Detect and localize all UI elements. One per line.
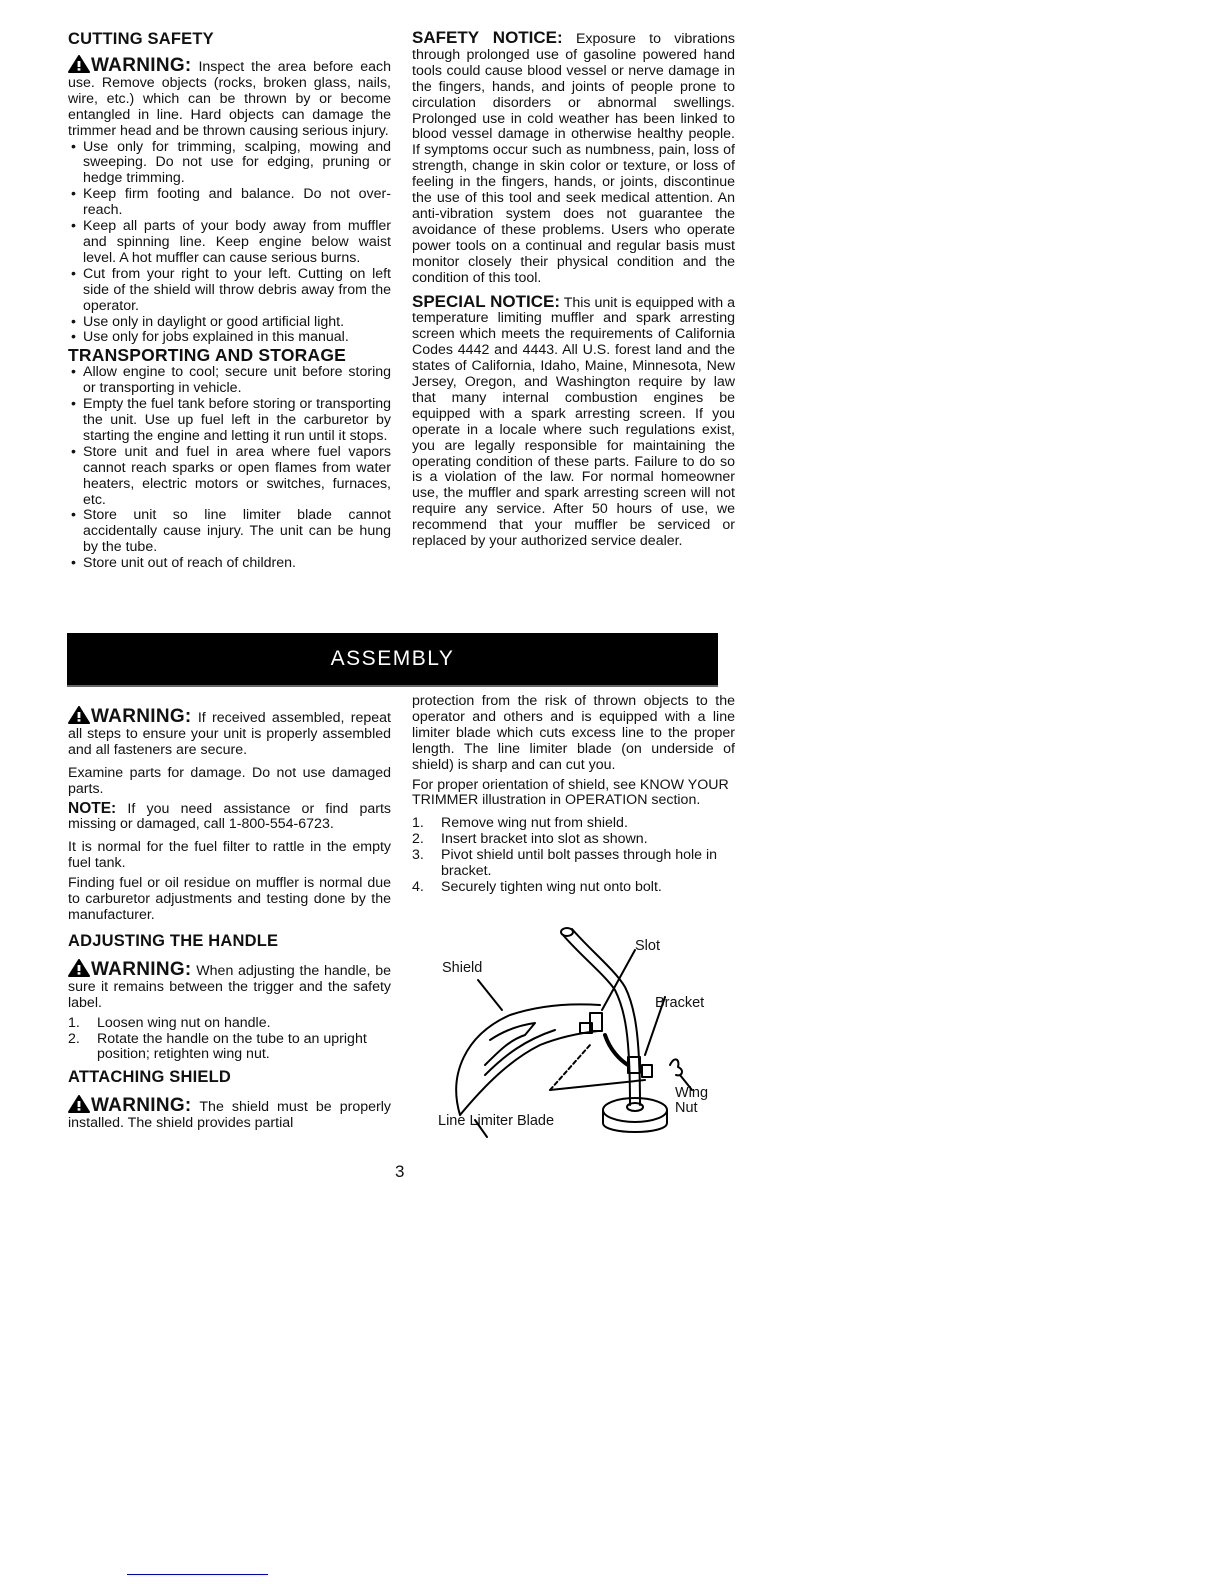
wing-label: Wing <box>675 1085 708 1101</box>
shield-assembly-illustration: Shield Slot Bracket Wing Nut Line Limite… <box>430 925 740 1155</box>
attaching-shield-heading: ATTACHING SHIELD <box>68 1068 391 1087</box>
cutting-safety-heading: CUTTING SAFETY <box>68 30 391 49</box>
list-item: 1.Remove wing nut from shield. <box>412 816 735 832</box>
line-limiter-blade-label: Line Limiter Blade <box>438 1113 554 1129</box>
warning-label: WARNING: <box>91 706 192 727</box>
step-number: 1. <box>412 816 424 832</box>
warning-triangle-icon <box>68 706 90 724</box>
list-item: 2.Insert bracket into slot as shown. <box>412 832 735 848</box>
list-item: Allow engine to cool; secure unit before… <box>68 365 391 397</box>
page-number: 3 <box>395 1162 404 1182</box>
warning-triangle-icon <box>68 55 90 73</box>
handle-steps: 1.Loosen wing nut on handle. 2.Rotate th… <box>68 1016 391 1064</box>
transport-storage-list: Allow engine to cool; secure unit before… <box>68 365 391 572</box>
bracket-label: Bracket <box>655 995 704 1011</box>
list-item: 3.Pivot shield until bolt passes through… <box>412 848 735 880</box>
list-item: Empty the fuel tank before storing or tr… <box>68 397 391 445</box>
note-text: If you need assistance or find parts mis… <box>68 801 391 833</box>
note-label: NOTE: <box>68 800 116 817</box>
warning-triangle-icon <box>68 959 90 977</box>
list-item: Use only for trimming, scalping, mowing … <box>68 140 391 188</box>
step-number: 4. <box>412 880 424 896</box>
transport-storage-heading: TRANSPORTING AND STORAGE <box>68 346 391 365</box>
special-notice: SPECIAL NOTICE: This unit is equipped wi… <box>412 294 735 551</box>
step-number: 2. <box>68 1032 80 1048</box>
link-underline[interactable] <box>127 1574 268 1575</box>
cutting-safety-column: CUTTING SAFETY WARNING: Inspect the area… <box>68 30 391 572</box>
step-text: Securely tighten wing nut onto bolt. <box>441 879 662 895</box>
safety-notice-text: Exposure to vibrations through prolonged… <box>412 31 735 286</box>
step-number: 2. <box>412 832 424 848</box>
warning-label: WARNING: <box>91 1095 192 1116</box>
note-paragraph: NOTE: If you need assistance or find par… <box>68 801 391 834</box>
handle-warning: WARNING: When adjusting the handle, be s… <box>68 959 391 1012</box>
safety-notice: SAFETY NOTICE: Exposure to vibrations th… <box>412 30 735 287</box>
slot-label: Slot <box>635 938 660 954</box>
step-text: Loosen wing nut on handle. <box>97 1015 271 1031</box>
step-number: 1. <box>68 1016 80 1032</box>
adjusting-handle-heading: ADJUSTING THE HANDLE <box>68 932 391 951</box>
list-item: Use only for jobs explained in this manu… <box>68 330 391 346</box>
orientation-text: For proper orientation of shield, see KN… <box>412 778 735 810</box>
warning-label: WARNING: <box>91 959 192 980</box>
cutting-safety-list: Use only for trimming, scalping, mowing … <box>68 140 391 347</box>
assembly-warning: WARNING: If received assembled, repeat a… <box>68 706 391 759</box>
assembly-right-column: protection from the risk of thrown objec… <box>412 690 735 896</box>
step-text: Pivot shield until bolt passes through h… <box>441 847 717 879</box>
assembly-left-column: WARNING: If received assembled, repeat a… <box>68 690 391 1132</box>
step-number: 3. <box>412 848 424 864</box>
list-item: 1.Loosen wing nut on handle. <box>68 1016 391 1032</box>
shield-warning: WARNING: The shield must be properly ins… <box>68 1095 391 1132</box>
list-item: Store unit so line limiter blade cannot … <box>68 508 391 556</box>
step-text: Insert bracket into slot as shown. <box>441 831 648 847</box>
warning-label: WARNING: <box>91 55 192 76</box>
list-item: Use only in daylight or good artificial … <box>68 315 391 331</box>
list-item: Keep all parts of your body away from mu… <box>68 219 391 267</box>
nut-label: Nut <box>675 1100 698 1116</box>
assembly-banner-title: ASSEMBLY <box>331 647 455 671</box>
shield-steps: 1.Remove wing nut from shield. 2.Insert … <box>412 816 735 896</box>
shield-label: Shield <box>442 960 482 976</box>
special-notice-label: SPECIAL NOTICE: <box>412 292 560 311</box>
cutting-safety-warning: WARNING: Inspect the area before each us… <box>68 55 391 140</box>
fuel-filter-text: It is normal for the fuel filter to ratt… <box>68 840 391 872</box>
list-item: Store unit and fuel in area where fuel v… <box>68 445 391 509</box>
step-text: Rotate the handle on the tube to an upri… <box>97 1031 367 1063</box>
safety-notice-label: SAFETY NOTICE: <box>412 28 563 47</box>
list-item: 4.Securely tighten wing nut onto bolt. <box>412 880 735 896</box>
list-item: 2.Rotate the handle on the tube to an up… <box>68 1032 391 1064</box>
list-item: Store unit out of reach of children. <box>68 556 391 572</box>
residue-text: Finding fuel or oil residue on muffler i… <box>68 876 391 924</box>
notices-column: SAFETY NOTICE: Exposure to vibrations th… <box>412 30 735 550</box>
shield-warning-continued: protection from the risk of thrown objec… <box>412 694 735 774</box>
warning-triangle-icon <box>68 1095 90 1113</box>
list-item: Keep firm footing and balance. Do not ov… <box>68 187 391 219</box>
step-text: Remove wing nut from shield. <box>441 815 628 831</box>
list-item: Cut from your right to your left. Cuttin… <box>68 267 391 315</box>
special-notice-text: This unit is equipped with a temperature… <box>412 295 735 550</box>
assembly-banner: ASSEMBLY <box>67 633 718 687</box>
examine-parts-text: Examine parts for damage. Do not use dam… <box>68 766 391 798</box>
